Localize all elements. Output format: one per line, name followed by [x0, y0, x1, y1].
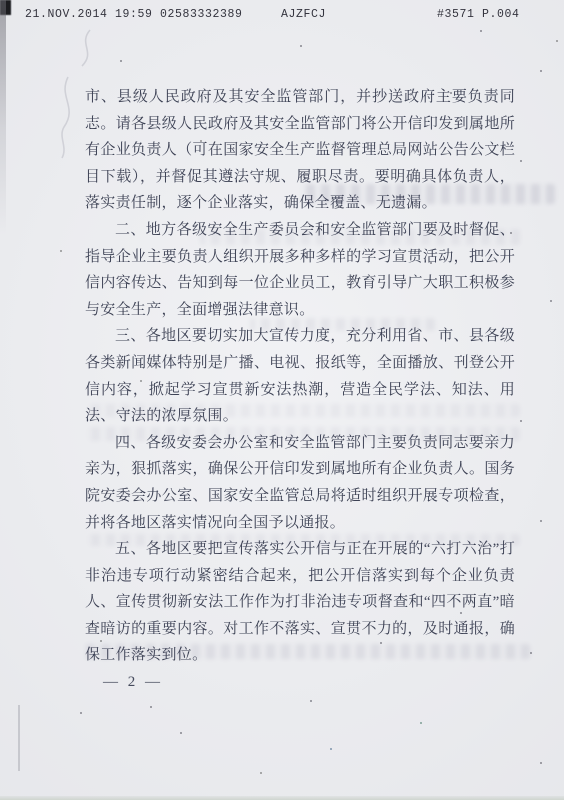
fax-timestamp: 21.NOV.2014 19:59 — [25, 8, 153, 21]
fax-station-id: AJZFCJ — [281, 8, 326, 21]
bleedthrough-smudge — [85, 534, 520, 546]
bleedthrough-smudge — [300, 184, 555, 204]
scan-scratch-artifact — [18, 705, 20, 771]
dust-specks — [0, 0, 2, 2]
bleedthrough-smudge — [250, 318, 435, 331]
scan-edge-shadow — [0, 0, 6, 235]
fax-number: 02583332389 — [160, 8, 243, 21]
scanned-fax-page: 21.NOV.2014 19:59 02583332389 AJZFCJ #35… — [0, 0, 564, 800]
fax-timestamp-and-number: 21.NOV.2014 19:59 02583332389 — [25, 8, 243, 21]
page-number: — 2 — — [103, 674, 163, 691]
pencil-mark — [38, 22, 108, 162]
fax-page-ref: #3571 P.004 — [437, 8, 520, 21]
bleedthrough-smudge — [85, 644, 530, 659]
scan-bottom-edge — [0, 796, 564, 800]
bleedthrough-smudge — [85, 404, 520, 417]
document-body: 市、县级人民政府及其安全监管部门，并抄送政府主要负责同志。请各县级人民政府及其安… — [85, 84, 515, 669]
bleedthrough-smudge — [85, 427, 520, 441]
bleedthrough-smudge — [200, 229, 520, 245]
body-paragraph: 四、各级安委会办公室和安全监管部门主要负责同志要亲力亲为，狠抓落实，确保公开信印… — [85, 430, 515, 536]
